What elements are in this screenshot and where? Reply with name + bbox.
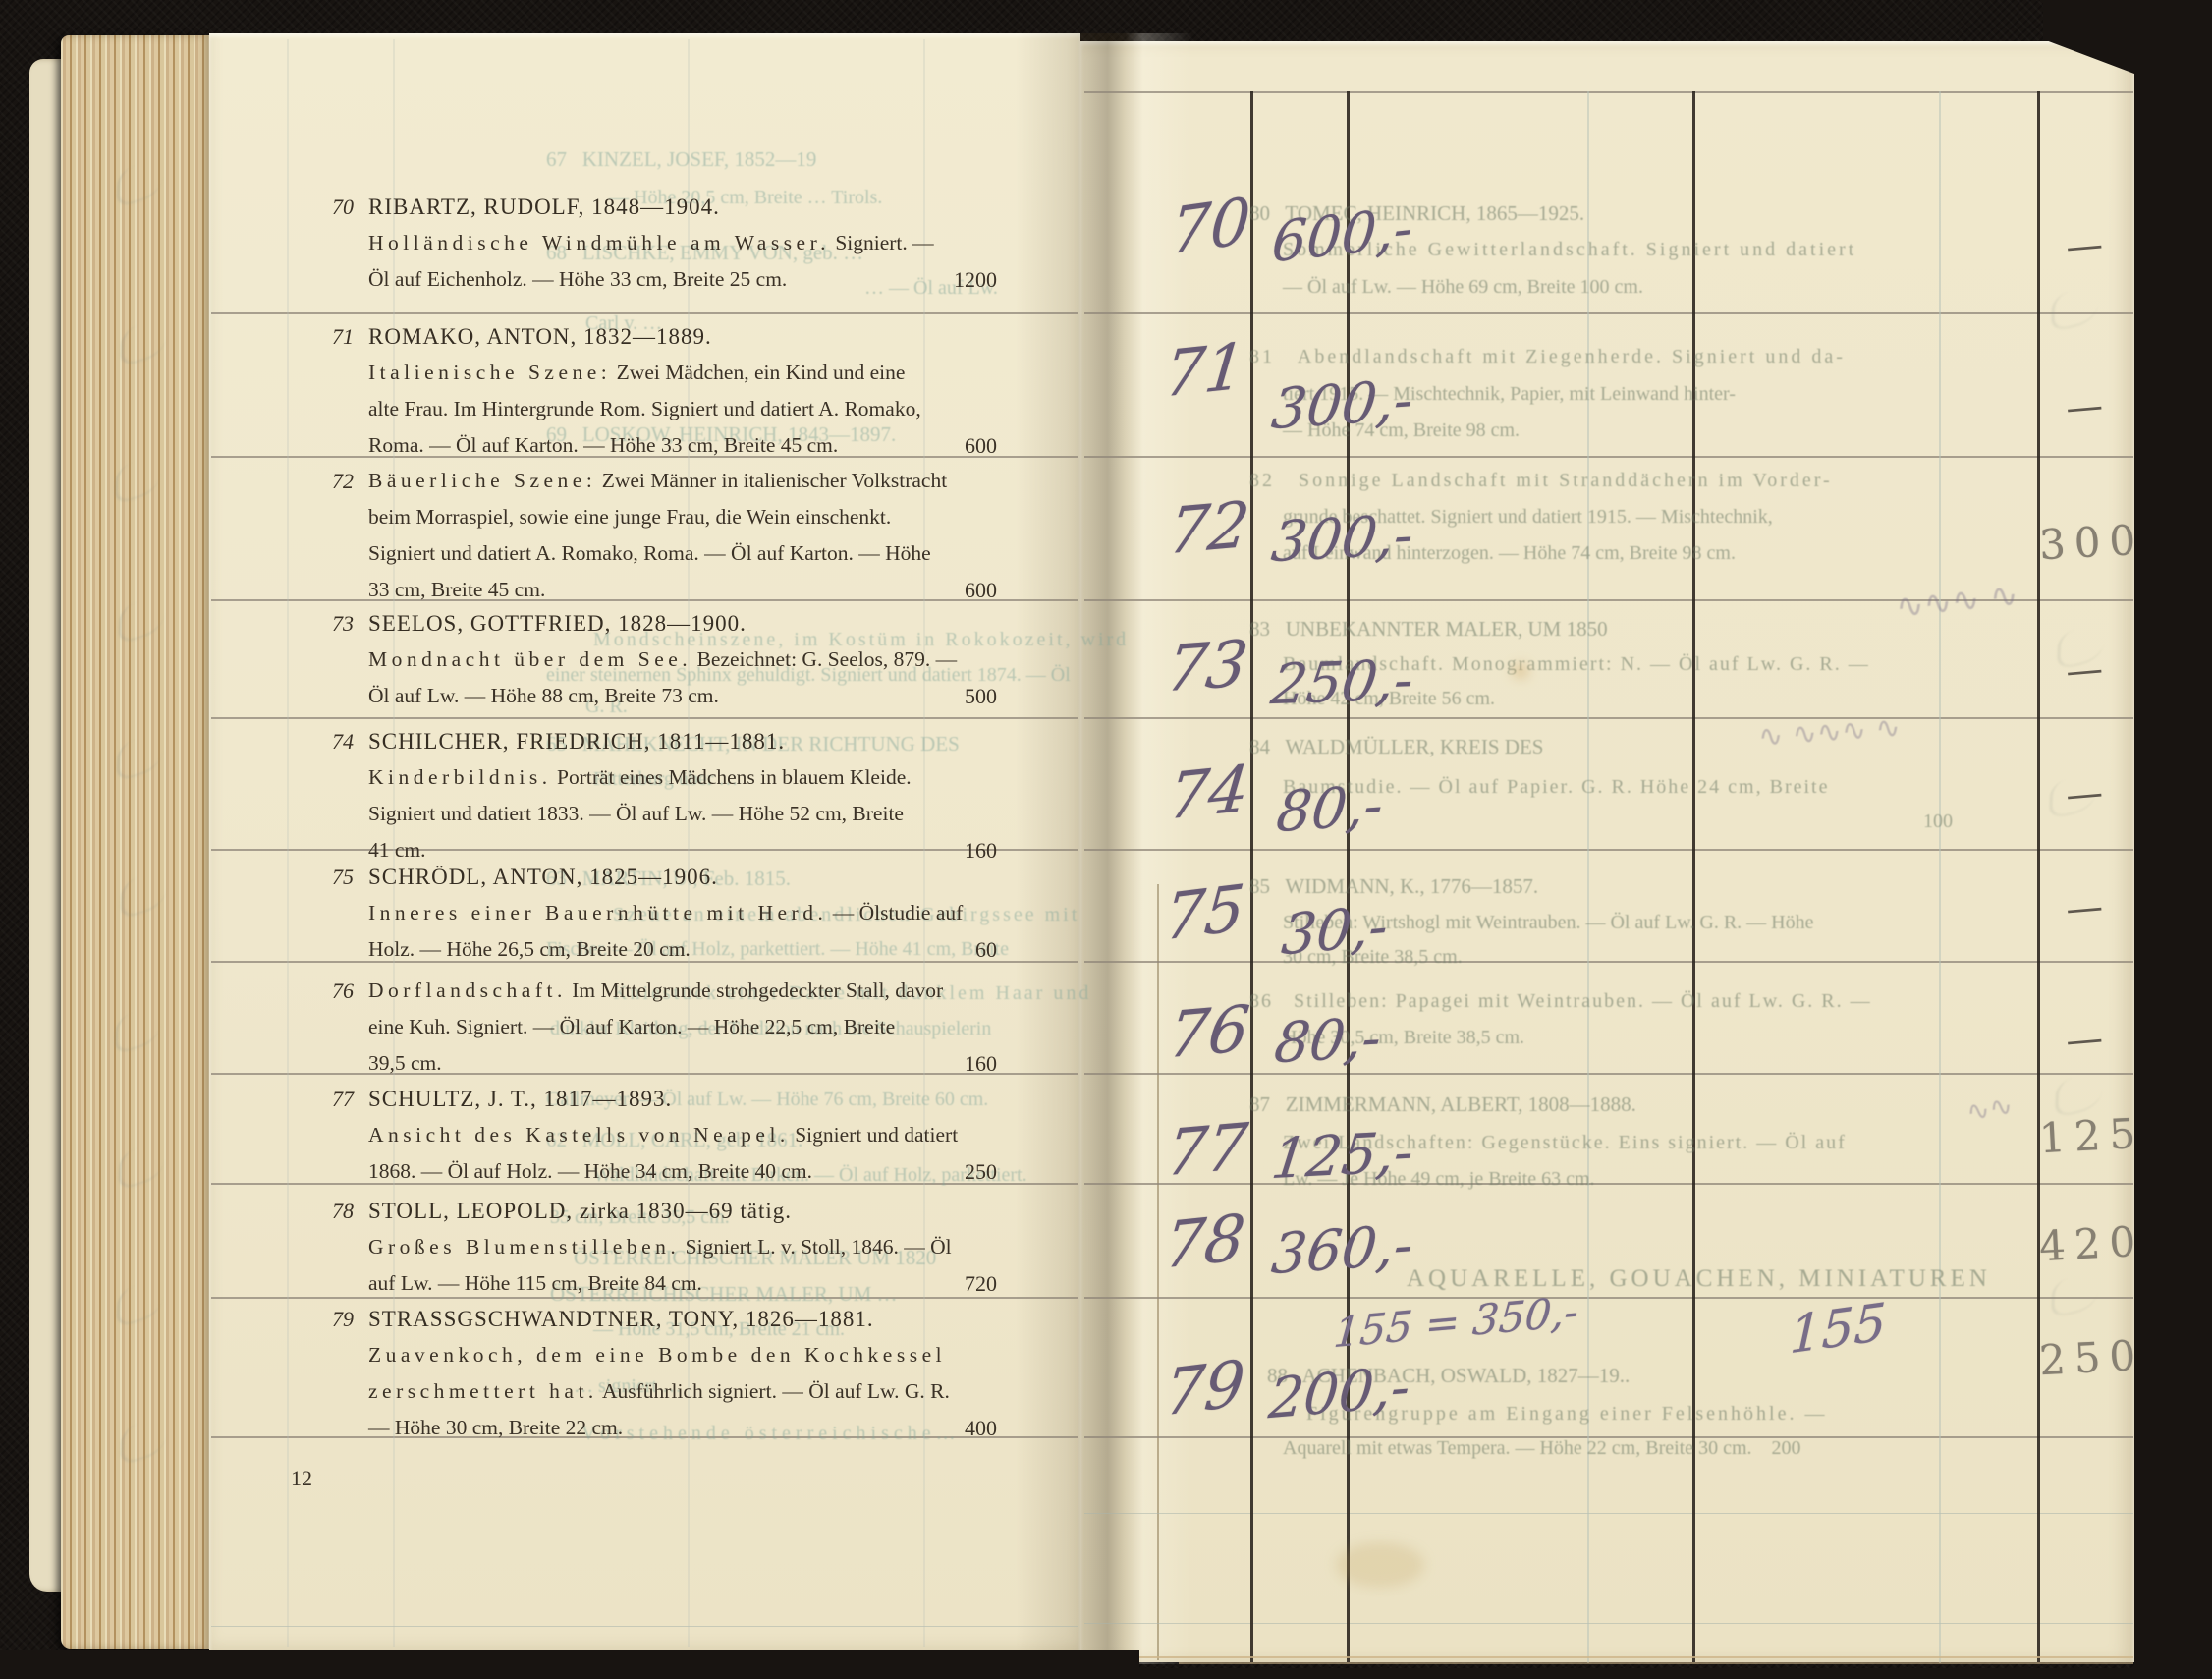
- lot-number: 70: [295, 195, 354, 220]
- lot-description-line: Holz. — Höhe 26,5 cm, Breite 20 cm.: [368, 937, 691, 962]
- handwritten-lot-number: 70: [1168, 185, 1252, 270]
- lot-artist-line: STOLL, LEOPOLD, zirka 1830—69 tätig.: [368, 1199, 792, 1224]
- lot-text: 39,5 cm.: [368, 1051, 442, 1075]
- lot-description-line: Dorflandschaft. Im Mittelgrunde strohged…: [368, 979, 943, 1003]
- handwritten-margin-dash: —: [2043, 221, 2126, 271]
- book-photo: 67 KINZEL, JOSEF, 1852—19— Höhe 20,5 cm,…: [0, 0, 2212, 1679]
- bottom-leaf-edge: [1179, 1662, 2133, 1664]
- lot-number: 76: [295, 979, 354, 1004]
- lot-number: 72: [295, 469, 354, 494]
- handwritten-margin-amount: 300: [2038, 517, 2127, 570]
- lot-description-line: Öl auf Lw. — Höhe 88 cm, Breite 73 cm.: [368, 684, 719, 708]
- lot-description-line: Roma. — Öl auf Karton. — Höhe 33 cm, Bre…: [368, 433, 838, 458]
- lot-title-spaced: Kinderbildnis.: [368, 765, 552, 789]
- lot-text: Signiert und datiert: [790, 1123, 958, 1147]
- lot-text: — Höhe 30 cm, Breite 22 cm.: [368, 1416, 623, 1439]
- lot-title-spaced: Holländische Windmühle am Wasser.: [368, 231, 830, 254]
- ledger-rule-h: [211, 1297, 1078, 1299]
- ledger-rule-v-dark: [2037, 91, 2040, 1663]
- handwritten-margin-dash: —: [2043, 382, 2126, 432]
- lot-estimate-price: 600: [916, 578, 997, 603]
- lot-estimate-price: 160: [916, 838, 997, 864]
- lot-description-line: 41 cm.: [368, 838, 426, 863]
- ledger-rule-h: [1084, 91, 2133, 93]
- handwritten-hammer-price: 80,-: [1274, 773, 1387, 845]
- lot-number: 71: [295, 324, 354, 350]
- lot-estimate-price: 250: [916, 1159, 997, 1185]
- lot-text: Signiert und datiert A. Romako, Roma. — …: [368, 541, 931, 565]
- lot-description-line: auf Lw. — Höhe 115 cm, Breite 84 cm.: [368, 1271, 702, 1296]
- handwritten-lot-number: 73: [1162, 628, 1252, 707]
- lot-title-spaced: Ansicht des Kastells von Neapel.: [368, 1123, 790, 1147]
- lot-number: 75: [295, 865, 354, 890]
- lot-text: alte Frau. Im Hintergrunde Rom. Signiert…: [368, 397, 921, 420]
- lot-description-line: Holländische Windmühle am Wasser. Signie…: [368, 231, 934, 255]
- lot-estimate-price: 720: [916, 1271, 997, 1297]
- lot-title-spaced: Dorflandschaft.: [368, 979, 567, 1002]
- ledger-rule-h-faint: [1084, 1623, 2133, 1624]
- photo-backdrop-bottom: [0, 1650, 1139, 1679]
- lot-description-line: Großes Blumenstilleben. Signiert L. v. S…: [368, 1235, 952, 1259]
- handwritten-hammer-price: 200,-: [1266, 1355, 1412, 1431]
- ledger-rule-h: [1084, 1436, 2133, 1438]
- lot-description-line: — Höhe 30 cm, Breite 22 cm.: [368, 1416, 623, 1440]
- ledger-rule-v-dark: [1347, 91, 1350, 1663]
- lot-estimate-price: 500: [916, 684, 997, 709]
- lot-text: Porträt eines Mädchens in blauem Kleide.: [552, 765, 912, 789]
- lot-number: 74: [295, 729, 354, 755]
- lot-number: 73: [295, 611, 354, 637]
- photo-backdrop-right: [2134, 0, 2212, 1679]
- lot-artist-line: ROMAKO, ANTON, 1832—1889.: [368, 324, 712, 350]
- handwritten-hammer-price: 30,-: [1279, 894, 1390, 968]
- lot-artist-line: SEELOS, GOTTFRIED, 1828—1900.: [368, 611, 747, 637]
- lot-description-line: Signiert und datiert 1833. — Öl auf Lw. …: [368, 802, 904, 826]
- lot-description-line: Kinderbildnis. Porträt eines Mädchens in…: [368, 765, 912, 790]
- lot-description-line: eine Kuh. Signiert. — Öl auf Karton. — H…: [368, 1015, 895, 1039]
- lot-description-line: zerschmettert hat. Ausführlich signiert.…: [368, 1379, 950, 1404]
- handwritten-lot-number: 76: [1164, 992, 1252, 1073]
- lot-estimate-price: 600: [916, 433, 997, 459]
- lot-text: Im Mittelgrunde strohgedeckter Stall, da…: [567, 979, 943, 1002]
- lot-text: Zwei Mädchen, ein Kind und eine: [611, 361, 905, 384]
- lot-text: Signiert L. v. Stoll, 1846. — Öl: [680, 1235, 951, 1259]
- paper-stain: [1513, 664, 1528, 678]
- handwritten-hammer-price: 300,-: [1269, 368, 1416, 443]
- lot-text: 1868. — Öl auf Holz. — Höhe 34 cm, Breit…: [368, 1159, 812, 1183]
- lot-artist-line: SCHILCHER, FRIEDRICH, 1811—1881.: [368, 729, 785, 755]
- lot-description-line: 39,5 cm.: [368, 1051, 442, 1076]
- lot-text: Signiert und datiert 1833. — Öl auf Lw. …: [368, 802, 904, 825]
- ledger-rule-v-faint: [1587, 91, 1589, 1663]
- ledger-rule-h-faint: [211, 1626, 1078, 1627]
- lot-title-spaced: Mondnacht über dem See.: [368, 647, 691, 671]
- bottom-leaf-edge: [1139, 1656, 2133, 1658]
- lot-text: Öl auf Eichenholz. — Höhe 33 cm, Breite …: [368, 267, 787, 291]
- handwritten-margin-amount: 420: [2038, 1218, 2127, 1271]
- lot-text: Bezeichnet: G. Seelos, 879. —: [691, 647, 957, 671]
- lot-estimate-price: 1200: [916, 267, 997, 293]
- ledger-rule-v-faint: [1939, 91, 1941, 1663]
- lot-artist-line: RIBARTZ, RUDOLF, 1848—1904.: [368, 195, 720, 220]
- handwritten-margin-amount: 250: [2038, 1332, 2127, 1385]
- lot-title-spaced: Zuavenkoch, dem eine Bombe den Kochkesse…: [368, 1343, 946, 1367]
- ledger-rule-h: [1084, 717, 2133, 719]
- page-edge-stack: [61, 35, 211, 1649]
- handwritten-hammer-price: 300,-: [1268, 503, 1416, 575]
- ledger-rule-h: [1084, 1073, 2133, 1075]
- lot-artist-line: SCHULTZ, J. T., 1817—1893.: [368, 1087, 672, 1112]
- lot-description-line: Signiert und datiert A. Romako, Roma. — …: [368, 541, 931, 566]
- lot-description-line: Ansicht des Kastells von Neapel. Signier…: [368, 1123, 958, 1147]
- lot-estimate-price: 160: [916, 1051, 997, 1077]
- handwritten-hammer-price: 360,-: [1269, 1213, 1416, 1288]
- lot-description-line: Italienische Szene: Zwei Mädchen, ein Ki…: [368, 361, 905, 385]
- lot-text: Roma. — Öl auf Karton. — Höhe 33 cm, Bre…: [368, 433, 838, 457]
- handwritten-lot-number: 74: [1165, 753, 1252, 835]
- handwritten-lot-number: 78: [1161, 1202, 1248, 1284]
- lot-number: 77: [295, 1087, 354, 1112]
- page-number: 12: [291, 1466, 312, 1491]
- lot-estimate-price: 60: [916, 937, 997, 963]
- lot-text: — Ölstudie auf: [827, 901, 963, 924]
- ledger-rule-v-dark: [1692, 91, 1695, 1663]
- lot-description-line: Mondnacht über dem See. Bezeichnet: G. S…: [368, 647, 957, 672]
- handwritten-lot-number: 75: [1162, 871, 1247, 955]
- lot-text: Signiert. —: [830, 231, 934, 254]
- handwritten-lot-number: 79: [1162, 1347, 1247, 1430]
- lot-number: 79: [295, 1307, 354, 1332]
- lot-description-line: Zuavenkoch, dem eine Bombe den Kochkesse…: [368, 1343, 946, 1368]
- handwritten-hammer-price: 125,-: [1268, 1120, 1416, 1192]
- handwritten-hammer-price: 250,-: [1267, 648, 1417, 717]
- lot-title-spaced: Inneres einer Bauernhütte mit Herd.: [368, 901, 827, 924]
- lot-description-line: Bäuerliche Szene: Zwei Männer in italien…: [368, 469, 947, 493]
- ledger-rule-v-faint: [287, 39, 289, 1647]
- lot-title-spaced: Großes Blumenstilleben.: [368, 1235, 680, 1259]
- lot-text: Zwei Männer in italienischer Volkstracht: [596, 469, 947, 492]
- lot-description-line: beim Morraspiel, sowie eine junge Frau, …: [368, 505, 891, 530]
- lot-title-spaced: Bäuerliche Szene:: [368, 469, 596, 492]
- ledger-rule-h-faint: [1084, 1513, 2133, 1514]
- handwritten-lot-number: 72: [1164, 488, 1252, 569]
- ledger-rule-v-dark: [1250, 91, 1253, 1663]
- ledger-rule-h: [1084, 456, 2133, 458]
- lot-description-line: 33 cm, Breite 45 cm.: [368, 578, 545, 602]
- lot-title-spaced: zerschmettert hat.: [368, 1379, 598, 1403]
- handwritten-margin-dash: —: [2043, 1015, 2126, 1065]
- lot-text: 33 cm, Breite 45 cm.: [368, 578, 545, 601]
- lot-text: Öl auf Lw. — Höhe 88 cm, Breite 73 cm.: [368, 684, 719, 707]
- handwritten-lot-number: 77: [1162, 1110, 1250, 1191]
- lot-text: 41 cm.: [368, 838, 426, 862]
- lot-text: Ausführlich signiert. — Öl auf Lw. G. R.: [598, 1379, 950, 1403]
- ledger-rule-h: [211, 717, 1078, 719]
- handwritten-hammer-price: 80,-: [1271, 1006, 1385, 1076]
- lot-description-line: Inneres einer Bauernhütte mit Herd. — Öl…: [368, 901, 963, 925]
- handwritten-margin-dash: —: [2043, 883, 2126, 933]
- ledger-rule-h: [1084, 961, 2133, 963]
- paper-stain: [1336, 1542, 1424, 1588]
- lot-text: auf Lw. — Höhe 115 cm, Breite 84 cm.: [368, 1271, 702, 1295]
- lot-text: beim Morraspiel, sowie eine junge Frau, …: [368, 505, 891, 529]
- lot-text: Holz. — Höhe 26,5 cm, Breite 20 cm.: [368, 937, 691, 961]
- lot-artist-line: SCHRÖDL, ANTON, 1825—1906.: [368, 865, 718, 890]
- lot-description-line: Öl auf Eichenholz. — Höhe 33 cm, Breite …: [368, 267, 787, 292]
- handwritten-margin-amount: 125: [2038, 1110, 2127, 1163]
- lot-artist-line: STRASSGSCHWANDTNER, TONY, 1826—1881.: [368, 1307, 874, 1332]
- lot-description-line: 1868. — Öl auf Holz. — Höhe 34 cm, Breit…: [368, 1159, 812, 1184]
- ledger-rule-h: [1084, 312, 2133, 314]
- lot-title-spaced: Italienische Szene:: [368, 361, 611, 384]
- lot-description-line: alte Frau. Im Hintergrunde Rom. Signiert…: [368, 397, 921, 421]
- ledger-rule-h: [211, 312, 1078, 314]
- lot-text: eine Kuh. Signiert. — Öl auf Karton. — H…: [368, 1015, 895, 1038]
- lot-estimate-price: 400: [916, 1416, 997, 1441]
- lot-number: 78: [295, 1199, 354, 1224]
- photo-backdrop-bottom: [1139, 1668, 2212, 1679]
- ledger-rule-h: [1084, 849, 2133, 851]
- handwritten-lot-number: 71: [1161, 330, 1248, 413]
- gutter-fold-edge: [1157, 884, 1159, 1660]
- ledger-rule-h: [1084, 1297, 2133, 1299]
